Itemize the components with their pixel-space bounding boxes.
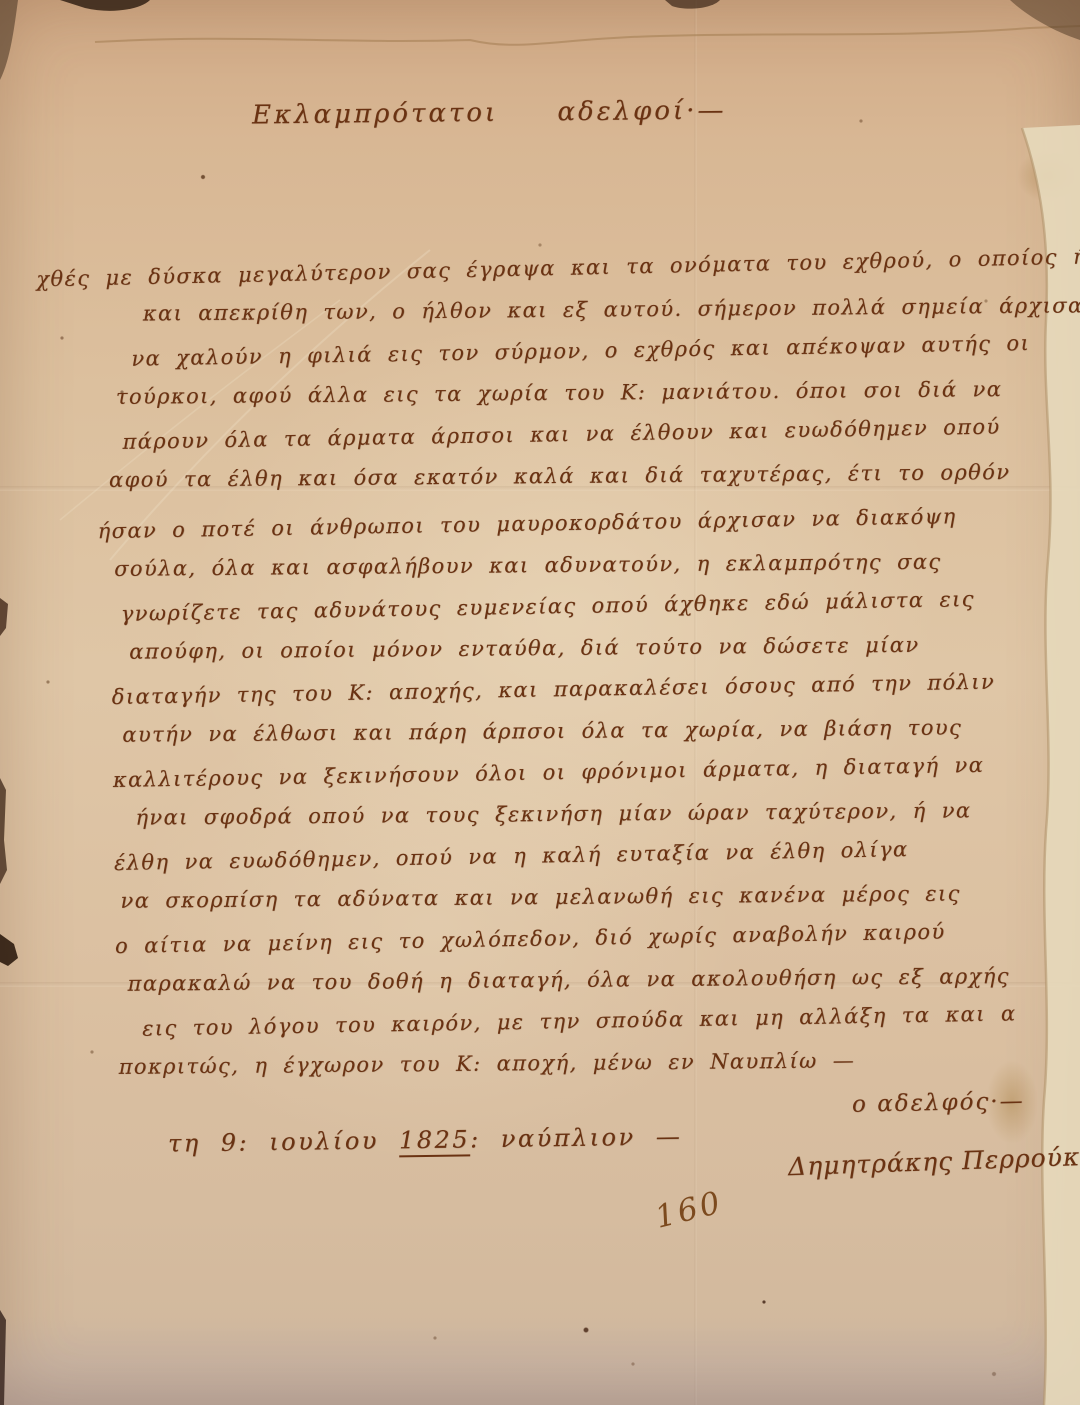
left-edge-specks xyxy=(0,598,8,636)
date-suffix: : ναύπλιον — xyxy=(470,1122,683,1153)
left-edge-blob xyxy=(0,934,18,966)
dark-edge-blob xyxy=(665,0,720,9)
crease-line xyxy=(95,26,1080,45)
left-edge-specks xyxy=(0,778,7,884)
dark-corner-top-left xyxy=(0,0,18,80)
manuscript-line: αφού τα έλθη και όσα εκατόν καλά και διά… xyxy=(109,451,1059,501)
date-line: τη 9: ιουλίου 1825: ναύπλιον — xyxy=(168,1122,683,1157)
dark-edge-blob xyxy=(60,0,150,11)
letter-page: Εκλαμπρότατοι αδελφοί·— χθές με δύσκα με… xyxy=(0,0,1080,1405)
letter-salutation: Εκλαμπρότατοι αδελφοί·— xyxy=(252,96,727,131)
manuscript-line: ποκριτώς, η έγχωρον του Κ: αποχή, μένω ε… xyxy=(118,1038,1066,1088)
signature: Δημητράκης Περρούκας:— xyxy=(788,1140,1080,1182)
date-year: 1825 xyxy=(399,1125,471,1157)
page-number-annotation: 160 xyxy=(652,1184,727,1235)
worn-bottom-edge xyxy=(0,1315,1080,1405)
dark-corner-top-right xyxy=(1010,0,1080,40)
sign-off: ο αδελφός·— xyxy=(852,1088,1025,1118)
date-prefix: τη 9: ιουλίου xyxy=(168,1126,399,1157)
letter-body: χθές με δύσκα μεγαλύτερον σας έγραψα και… xyxy=(106,242,1067,1090)
